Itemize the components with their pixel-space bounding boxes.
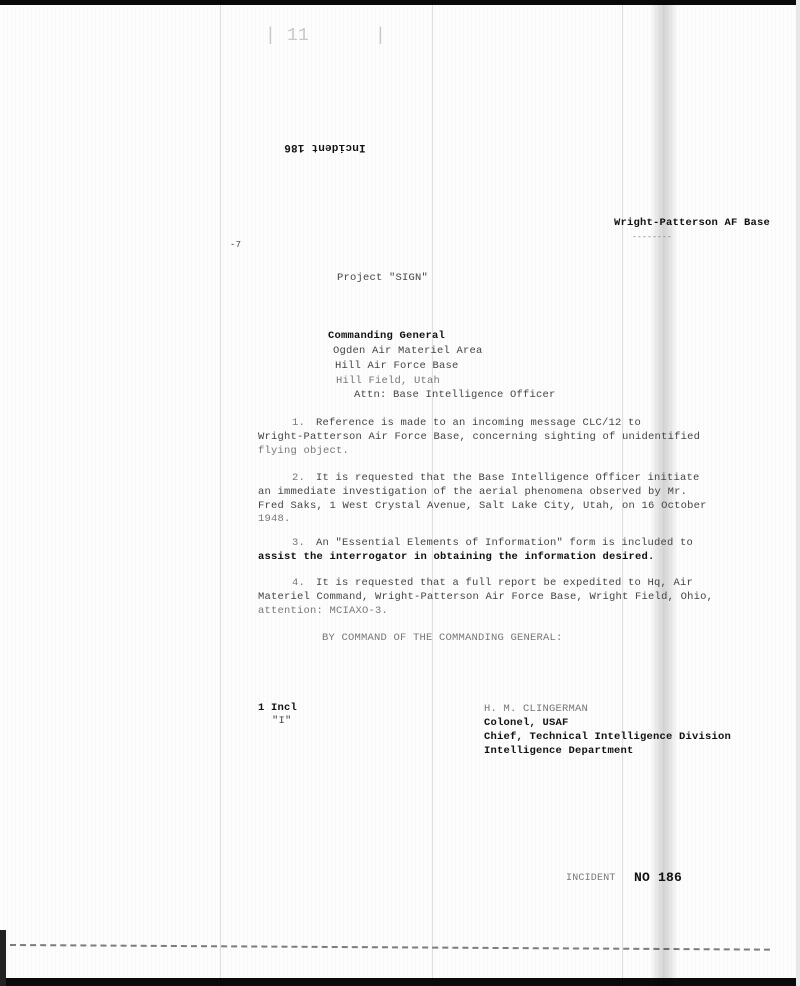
paragraph-number: 4. [292,577,305,589]
paragraph-number: 1. [292,417,305,429]
addressee-line: Attn: Base Intelligence Officer [354,389,556,401]
scanned-document-page: | 11 | Incident 186 Wright-Patterson AF … [0,0,800,986]
ghost-header-bleedthrough: | 11 | [265,30,386,42]
scan-bottom-border [0,978,800,986]
paragraph-line: assist the interrogator in obtaining the… [258,551,655,563]
scan-left-border [0,930,6,986]
stamp-number: NO 186 [634,872,682,884]
signature-name: H. M. CLINGERMAN [484,703,588,715]
addressee-line: Ogden Air Materiel Area [333,345,483,357]
scan-top-border [0,0,800,5]
signature-rank: Colonel, USAF [484,717,569,729]
signature-title: Chief, Technical Intelligence Division [484,731,731,743]
paragraph-line: Materiel Command, Wright-Patterson Air F… [258,591,713,603]
paragraph-number: 2. [292,472,305,484]
paragraph-line: An "Essential Elements of Information" f… [316,537,693,549]
margin-mark: -7 [230,239,241,251]
scan-right-border [796,0,800,986]
incident-label: Incident 186 [284,141,366,153]
enclosure-item: "I" [272,715,292,727]
scan-line [220,0,221,986]
paragraph-line: Wright-Patterson Air Force Base, concern… [258,431,700,443]
paragraph-line: attention: MCIAXO-3. [258,605,388,617]
paragraph-line: Reference is made to an incoming message… [316,417,641,429]
addressee-line: Hill Air Force Base [335,360,459,372]
office-sub: -------- [632,232,672,244]
paragraph-number: 3. [292,537,305,549]
paragraph-line: flying object. [258,445,349,457]
paragraph-line: 1948. [258,513,291,525]
subject-line: Project "SIGN" [337,272,428,284]
enclosure-count: 1 Incl [258,702,297,714]
paragraph-line: Fred Saks, 1 West Crystal Avenue, Salt L… [258,500,707,512]
closing-line: BY COMMAND OF THE COMMANDING GENERAL: [322,632,563,644]
stamp-prefix: INCIDENT [566,873,616,885]
paragraph-line: It is requested that a full report be ex… [316,577,693,589]
paragraph-line: an immediate investigation of the aerial… [258,486,687,498]
originating-office: Wright-Patterson AF Base [614,217,770,229]
addressee-line: Commanding General [328,330,445,342]
signature-department: Intelligence Department [484,745,634,757]
paragraph-line: It is requested that the Base Intelligen… [316,472,700,484]
addressee-line: Hill Field, Utah [336,375,440,387]
